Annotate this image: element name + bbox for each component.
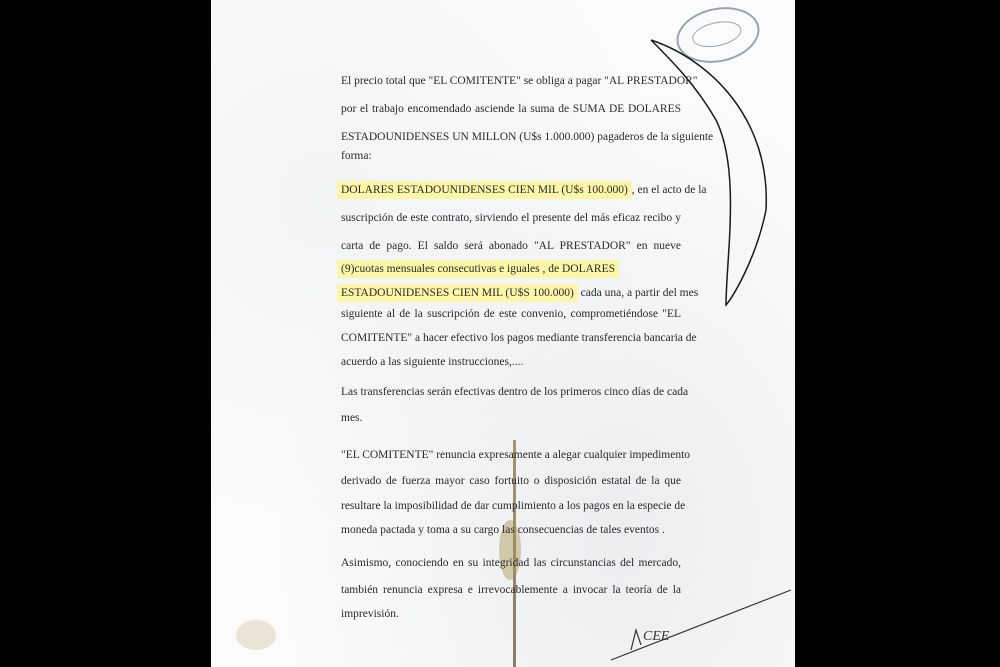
text-line: también renuncia expresa e irrevocableme… [341,583,681,597]
text-line: por el trabajo encomendado asciende la s… [341,102,681,116]
text-line: Asimismo, conociendo en su integridad la… [341,556,681,570]
highlighted-amount: DOLARES ESTADOUNIDENSES CIEN MIL (U$s 10… [337,181,632,199]
text-line: resultare la imposibilidad de dar cumpli… [341,499,681,513]
text-line: ESTADOUNIDENSES CIEN MIL (U$S 100.000) c… [341,286,681,300]
text-line: moneda pactada y toma a su cargo las con… [341,523,681,537]
text-line: forma: [341,149,681,163]
text-line: COMITENTE" a hacer efectivo los pagos me… [341,331,681,345]
text-line: Las transferencias serán efectivas dentr… [341,385,681,399]
text-line: carta de pago. El saldo será abonado "AL… [341,239,681,253]
text-line: "EL COMITENTE" renuncia expresamente a a… [341,448,681,462]
scanned-document-page: CEE El precio total que "EL COMITENTE" s… [211,0,795,667]
text-line: derivado de fuerza mayor caso fortuito o… [341,474,681,488]
text-line: suscripción de este contrato, sirviendo … [341,211,681,225]
text-line: imprevisión. [341,607,681,621]
text-line: (9)cuotas mensuales consecutivas e igual… [341,262,681,276]
highlighted-amount: ESTADOUNIDENSES CIEN MIL (U$S 100.000) [337,284,578,302]
highlighted-installments: (9)cuotas mensuales consecutivas e igual… [337,260,619,278]
text-line: mes. [341,411,681,425]
text-line: acuerdo a las siguiente instrucciones,..… [341,355,681,369]
text-line: El precio total que "EL COMITENTE" se ob… [341,74,681,88]
text-line: DOLARES ESTADOUNIDENSES CIEN MIL (U$s 10… [341,183,681,197]
text-line: siguiente al de la suscripción de este c… [341,307,681,321]
svg-text:CEE: CEE [643,629,670,644]
text-line: ESTADOUNIDENSES UN MILLON (U$s 1.000.000… [341,130,681,144]
